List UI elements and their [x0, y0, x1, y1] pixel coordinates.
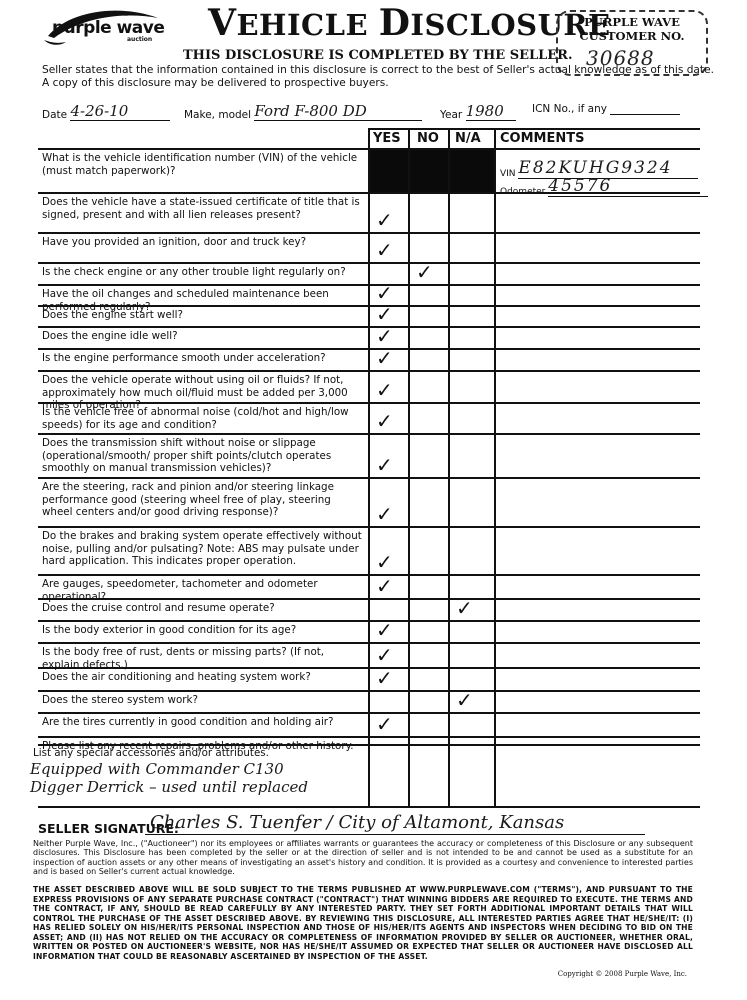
- question-text: What is the vehicle identification numbe…: [42, 152, 362, 177]
- make-model-field[interactable]: Make, model Ford F-800 DD: [184, 102, 422, 121]
- answer-yes-checkbox[interactable]: ✓: [376, 304, 393, 324]
- make-model-label: Make, model: [184, 109, 251, 121]
- question-text: Are gauges, speedometer, tachometer and …: [42, 578, 362, 603]
- column-divider: [494, 128, 496, 806]
- answer-yes-checkbox[interactable]: ✓: [376, 668, 393, 688]
- odometer-value[interactable]: 45576: [548, 176, 708, 197]
- question-text: Does the air conditioning and heating sy…: [42, 671, 362, 684]
- question-text: Does the vehicle have a state-issued cer…: [42, 196, 362, 221]
- document-subtitle: THIS DISCLOSURE IS COMPLETED BY THE SELL…: [183, 48, 573, 63]
- answer-no-checkbox[interactable]: ✓: [416, 262, 433, 282]
- purple-wave-logo: purple wave auction: [40, 6, 165, 46]
- logo-subtext: auction: [127, 36, 152, 43]
- accessories-label: List any special accessories and/or attr…: [33, 747, 269, 759]
- answer-yes-checkbox[interactable]: ✓: [376, 380, 393, 400]
- question-text: Are the steering, rack and pinion and/or…: [42, 481, 362, 519]
- answer-yes-checkbox[interactable]: ✓: [376, 455, 393, 475]
- customer-number-label: PURPLE WAVE CUSTOMER NO.: [558, 15, 706, 43]
- disclaimer-text: Neither Purple Wave, Inc., ("Auctioneer"…: [33, 839, 693, 876]
- answer-yes-checkbox[interactable]: ✓: [376, 348, 393, 368]
- seller-signature-value[interactable]: Charles S. Tuenfer / City of Altamont, K…: [150, 812, 564, 833]
- logo-text: purple wave: [52, 18, 164, 38]
- question-text: Is the check engine or any other trouble…: [42, 266, 362, 279]
- column-divider: [408, 128, 410, 806]
- header-top-line: [368, 128, 700, 130]
- year-label: Year: [440, 109, 462, 121]
- column-header-no: NO: [417, 131, 439, 146]
- copyright-text: Copyright © 2008 Purple Wave, Inc.: [558, 970, 687, 978]
- question-text: Is the body free of rust, dents or missi…: [42, 646, 362, 671]
- date-field[interactable]: Date 4-26-10: [42, 102, 170, 121]
- make-model-value[interactable]: Ford F-800 DD: [254, 102, 422, 121]
- answer-yes-checkbox[interactable]: ✓: [376, 576, 393, 596]
- intro-line-1: Seller states that the information conta…: [42, 64, 714, 77]
- vin-redacted-block: [368, 150, 494, 192]
- column-header-yes: YES: [373, 131, 401, 146]
- date-label: Date: [42, 109, 67, 121]
- title-initial: V: [208, 2, 236, 44]
- answer-yes-checkbox[interactable]: ✓: [376, 714, 393, 734]
- question-text: Does the stereo system work?: [42, 694, 362, 707]
- signature-line: [145, 834, 645, 835]
- question-text: Do the brakes and braking system operate…: [42, 530, 362, 568]
- accessories-line-1[interactable]: Equipped with Commander C130: [30, 760, 284, 778]
- answer-yes-checkbox[interactable]: ✓: [376, 645, 393, 665]
- column-divider: [368, 128, 370, 806]
- question-text: Are the tires currently in good conditio…: [42, 716, 362, 729]
- answer-yes-checkbox[interactable]: ✓: [376, 504, 393, 524]
- odometer-comment[interactable]: Odometer 45576: [500, 176, 708, 197]
- document-title: VEHICLE DISCLOSURE: [208, 2, 611, 44]
- terms-text: THE ASSET DESCRIBED ABOVE WILL BE SOLD S…: [33, 885, 693, 961]
- date-value[interactable]: 4-26-10: [70, 102, 170, 121]
- answer-yes-checkbox[interactable]: ✓: [376, 210, 393, 230]
- icn-label: ICN No., if any: [532, 103, 607, 115]
- intro-statement: Seller states that the information conta…: [42, 64, 714, 89]
- column-divider: [448, 128, 450, 806]
- answer-yes-checkbox[interactable]: ✓: [376, 552, 393, 572]
- answer-na-checkbox[interactable]: ✓: [456, 690, 473, 710]
- title-initial-2: D: [379, 2, 411, 44]
- question-text: Is the body exterior in good condition f…: [42, 624, 362, 637]
- question-text: Does the engine idle well?: [42, 330, 362, 343]
- question-text: Does the engine start well?: [42, 309, 362, 322]
- question-text: Is the vehicle free of abnormal noise (c…: [42, 406, 362, 431]
- column-header-comments: COMMENTS: [500, 131, 584, 146]
- year-value[interactable]: 1980: [466, 102, 516, 121]
- intro-line-2: A copy of this disclosure may be deliver…: [42, 77, 714, 90]
- column-header-na: N/A: [455, 131, 481, 146]
- answer-na-checkbox[interactable]: ✓: [456, 598, 473, 618]
- answer-yes-checkbox[interactable]: ✓: [376, 411, 393, 431]
- icn-field[interactable]: ICN No., if any: [532, 102, 680, 115]
- answer-yes-checkbox[interactable]: ✓: [376, 283, 393, 303]
- question-text: Is the engine performance smooth under a…: [42, 352, 362, 365]
- answer-yes-checkbox[interactable]: ✓: [376, 240, 393, 260]
- title-part: EHICLE: [236, 8, 378, 42]
- question-text: Does the cruise control and resume opera…: [42, 602, 362, 615]
- question-text: Have you provided an ignition, door and …: [42, 236, 362, 249]
- row-divider: [38, 806, 700, 808]
- question-text: Does the transmission shift without nois…: [42, 437, 362, 475]
- answer-yes-checkbox[interactable]: ✓: [376, 620, 393, 640]
- answer-yes-checkbox[interactable]: ✓: [376, 326, 393, 346]
- year-field[interactable]: Year 1980: [440, 102, 516, 121]
- accessories-line-2[interactable]: Digger Derrick – used until replaced: [30, 778, 308, 796]
- icn-value[interactable]: [610, 102, 680, 115]
